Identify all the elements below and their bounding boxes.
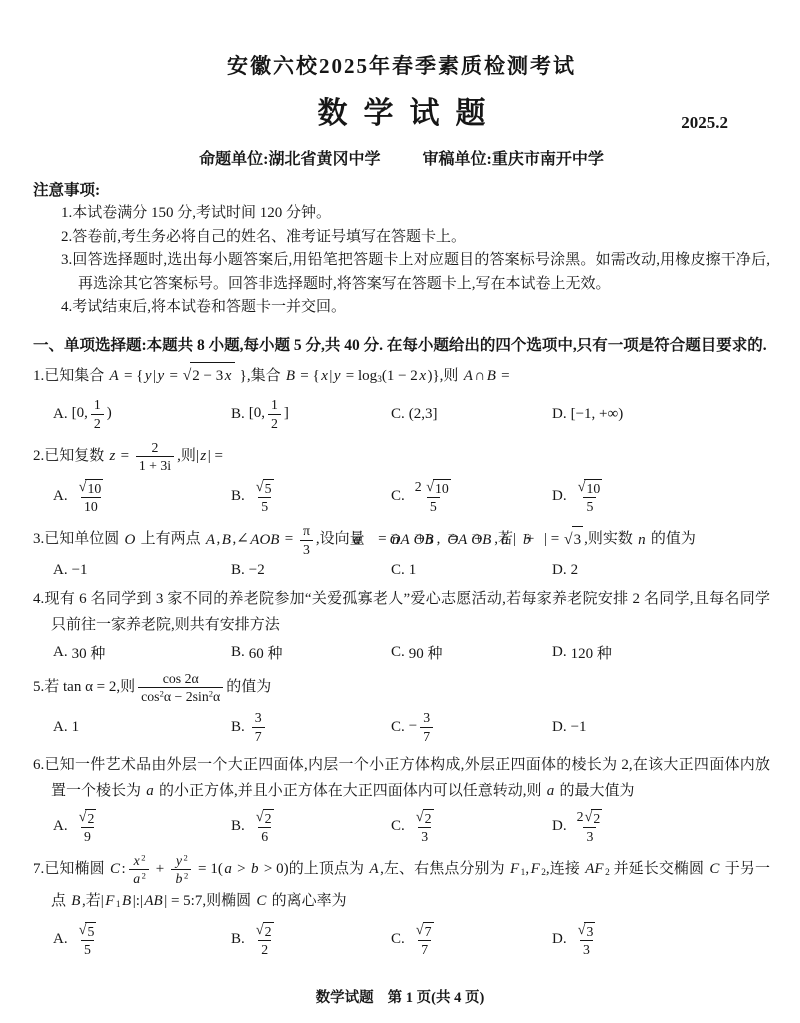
option-content: √29 <box>72 808 104 845</box>
option-label: C. <box>391 719 405 736</box>
fraction-numerator: x2 <box>129 852 148 869</box>
option-C: C.√77 <box>391 921 552 958</box>
math-text: 1 + 3i <box>139 458 171 473</box>
fraction: π3 <box>300 522 313 557</box>
math-text: + <box>152 861 168 877</box>
sqrt-radical: √10 <box>79 479 104 497</box>
option-content: √22 <box>249 921 281 958</box>
options-row: A.√55B.√22C.√77D.√33 <box>33 921 770 958</box>
fraction: √22 <box>252 921 278 958</box>
option-B: B.√22 <box>231 921 391 958</box>
fraction-denominator: 3 <box>300 540 313 558</box>
option-A: A.1 <box>53 719 231 736</box>
option-C: C.(2,3] <box>391 406 552 423</box>
math-text: 2.已知复数 <box>33 448 108 464</box>
math-text: cos <box>141 689 159 704</box>
radicand: 5 <box>85 922 96 940</box>
fraction-numerator: √2 <box>412 808 438 827</box>
math-text: 2 <box>593 811 600 826</box>
option-content: 2√23 <box>571 808 610 845</box>
footer-paper-title: 数学试题 <box>316 990 374 1006</box>
radicand: 5 <box>263 479 274 497</box>
setter-org: 命题单位:湖北省黄冈中学 <box>199 151 380 168</box>
math-text: 并延长交椭圆 <box>610 861 708 877</box>
option-D: D.√105 <box>552 478 770 515</box>
sqrt-radical: √2 <box>79 809 97 827</box>
math-variable: x <box>320 368 330 384</box>
fraction-numerator: √3 <box>574 921 600 940</box>
option-B: B.√26 <box>231 808 391 845</box>
option-content: [0,12) <box>72 396 112 431</box>
math-text: −2 <box>249 562 265 578</box>
option-label: D. <box>552 644 567 661</box>
sqrt-radical: √2 <box>256 922 274 940</box>
fraction-denominator: 1 + 3i <box>136 456 174 474</box>
math-text: 10 <box>435 481 449 496</box>
options-row: A.30 种B.60 种C.90 种D.120 种 <box>33 642 770 663</box>
option-label: D. <box>552 719 567 736</box>
question-text: 3.已知单位圆 O 上有两点 A,B,∠AOB = π3,设向量 a = n O… <box>33 522 770 557</box>
question-text: 7.已知椭圆 C:x2a2 + y2b2 = 1(a > b > 0)的上顶点为… <box>33 852 770 917</box>
math-text: },集合 <box>236 368 284 384</box>
math-text: 1.已知集合 <box>33 368 108 384</box>
fraction: √105 <box>574 478 607 515</box>
math-variable: A <box>108 368 120 384</box>
option-label: D. <box>552 488 567 505</box>
vector-arrow: OB <box>488 527 492 553</box>
option-label: C. <box>391 931 405 948</box>
fraction-numerator: √10 <box>574 478 607 497</box>
math-text: ] <box>284 406 289 422</box>
radicand: 2 <box>85 809 96 827</box>
math-variable: B <box>284 368 296 384</box>
math-variable: F <box>104 893 116 909</box>
math-variable: z <box>199 448 208 464</box>
math-text: 3.已知单位圆 <box>33 532 123 548</box>
math-text: 7 <box>423 729 430 744</box>
math-text: [−1, +∞) <box>571 406 624 422</box>
fraction-numerator: √10 <box>75 478 108 497</box>
fraction-denominator: 2 <box>258 940 271 958</box>
fraction-numerator: √2 <box>252 921 278 940</box>
options-row: A.√1010B.√55C.2 √105D.√105 <box>33 478 770 515</box>
options-row: A.−1B.−2C.1D.2 <box>33 562 770 579</box>
math-text: 9 <box>84 829 91 844</box>
math-text: | = 5:7,则椭圆 <box>164 893 255 909</box>
math-text: , <box>437 532 441 548</box>
math-variable: B <box>70 893 82 909</box>
fraction-denominator: 5 <box>258 497 271 515</box>
math-text: ∩ <box>474 368 485 384</box>
math-text: (2,3] <box>409 406 438 422</box>
radicand: 2 <box>263 922 274 940</box>
question-5: 5.若 tan α = 2,则cos 2αcos2α − 2sin2α的值为A.… <box>33 670 770 745</box>
fraction-numerator: √2 <box>252 808 278 827</box>
math-text: 1 <box>409 562 417 578</box>
math-text: 3 <box>421 829 428 844</box>
question-6: 6.已知一件艺术品由外层一个大正四面体,内层一个小正方体构成,外层正四面体的棱长… <box>33 752 770 845</box>
math-text: −1 <box>571 719 587 735</box>
fraction: x2a2 <box>129 852 149 887</box>
math-text: 2 <box>571 562 579 578</box>
footer-page-number: 第 1 页(共 4 页) <box>388 990 485 1006</box>
option-C: C.−37 <box>391 709 552 744</box>
sqrt-radical: √5 <box>79 922 97 940</box>
option-content: 90 种 <box>409 642 443 663</box>
math-text: cos 2α <box>163 671 199 686</box>
math-text: 90 种 <box>409 646 443 662</box>
page-footer: 数学试题第 1 页(共 4 页) <box>0 986 800 1007</box>
note-item-3: 3.回答选择题时,选出每小题答案后,用铅笔把答题卡上对应题目的答案标号涂黑。如需… <box>61 249 770 296</box>
fraction-denominator: 7 <box>252 727 265 745</box>
option-label: B. <box>231 488 245 505</box>
math-text: 3 <box>586 829 593 844</box>
option-label: D. <box>552 818 567 835</box>
option-label: A. <box>53 488 68 505</box>
option-content: 60 种 <box>249 642 283 663</box>
option-A: A.30 种 <box>53 642 231 663</box>
fraction-numerator: √7 <box>412 921 438 940</box>
superscript: 2 <box>184 852 188 862</box>
math-text: 5 <box>261 499 268 514</box>
math-text: 60 种 <box>249 646 283 662</box>
fraction: 21 + 3i <box>136 439 174 474</box>
option-D: D.2√23 <box>552 808 770 845</box>
superscript: 2 <box>142 871 146 881</box>
math-text: )},则 <box>427 368 462 384</box>
option-label: B. <box>231 719 245 736</box>
option-C: C.90 种 <box>391 642 552 663</box>
radicand: 2 <box>423 809 434 827</box>
vector-arrow: OA <box>407 527 411 553</box>
math-variable: A <box>204 532 216 548</box>
option-label: B. <box>231 644 245 661</box>
fraction-numerator: √5 <box>75 921 101 940</box>
math-text: = <box>374 532 390 548</box>
math-variable: B <box>121 893 133 909</box>
option-label: A. <box>53 406 68 423</box>
option-content: √26 <box>249 808 281 845</box>
math-text: 10 <box>586 481 600 496</box>
math-text: = { <box>297 368 320 384</box>
question-text: 4.现有 6 名同学到 3 家不同的养老院参加“关爱孤寡老人”爱心志愿活动,若每… <box>33 586 770 638</box>
math-variable: b <box>249 861 260 877</box>
math-text: 3 <box>586 924 593 939</box>
math-text: 2 <box>577 809 584 824</box>
vector-arrow: b <box>442 527 444 553</box>
sqrt-radical: √2 <box>416 809 434 827</box>
math-text: [0, <box>249 406 265 422</box>
fraction-numerator: π <box>300 522 313 539</box>
vector-arrow: a <box>518 527 520 553</box>
notes-heading: 注意事项: <box>33 178 770 200</box>
math-text: 2 <box>265 811 272 826</box>
math-variable: AOB <box>249 532 281 548</box>
math-text: 4.现有 6 名同学到 3 家不同的养老院参加“关爱孤寡老人”爱心志愿活动,若每… <box>33 591 770 633</box>
math-text: 10 <box>87 481 101 496</box>
options-row: A.√29B.√26C.√23D.2√23 <box>33 808 770 845</box>
question-7: 7.已知椭圆 C:x2a2 + y2b2 = 1(a > b > 0)的上顶点为… <box>33 852 770 959</box>
math-text: ,∠ <box>232 532 248 548</box>
fraction-numerator: 2 <box>149 439 162 456</box>
fraction: √26 <box>252 808 278 845</box>
math-text: = { <box>120 368 143 384</box>
option-D: D.−1 <box>552 719 770 736</box>
fraction-denominator: a2 <box>129 869 149 887</box>
fraction-numerator: cos 2α <box>160 670 202 687</box>
math-variable: A <box>368 861 380 877</box>
math-text: [0, <box>72 406 88 422</box>
math-text: 120 种 <box>571 646 612 662</box>
math-variable: a <box>545 783 556 799</box>
math-variable: y <box>156 368 166 384</box>
fraction: 12 <box>268 396 281 431</box>
vector-arrow: b <box>540 527 542 553</box>
option-D: D.[−1, +∞) <box>552 406 770 423</box>
math-text: = <box>281 532 297 548</box>
math-text: 3 <box>303 542 310 557</box>
options-row: A.1B.37C.−37D.−1 <box>33 709 770 744</box>
note-item-1: 1.本试卷满分 150 分,考试时间 120 分钟。 <box>61 202 770 226</box>
fraction-denominator: 5 <box>583 497 596 515</box>
math-text: 7 <box>255 729 262 744</box>
fraction-denominator: b2 <box>171 869 191 887</box>
math-text: 1 <box>94 397 101 412</box>
math-text: = <box>497 368 509 384</box>
fraction: √77 <box>412 921 438 958</box>
fraction: y2b2 <box>171 852 191 887</box>
option-B: B.60 种 <box>231 642 391 663</box>
math-variable: a <box>145 783 156 799</box>
exam-session-title: 安徽六校2025年春季素质检测考试 <box>33 50 770 80</box>
math-text: 5 <box>84 942 91 957</box>
option-label: A. <box>53 644 68 661</box>
math-variable: O <box>123 532 137 548</box>
radicand: 3 <box>584 922 595 940</box>
section-heading: 一、单项选择题:本题共 8 小题,每小题 5 分,共 40 分. 在每小题给出的… <box>33 334 770 358</box>
math-text: ,则实数 <box>584 532 637 548</box>
math-variable: y <box>332 368 342 384</box>
math-text: 7 <box>425 924 432 939</box>
option-label: B. <box>231 406 245 423</box>
fraction-denominator: 3 <box>580 940 593 958</box>
option-content: 2 <box>571 562 579 579</box>
question-text: 2.已知复数 z = 21 + 3i,则|z| = <box>33 439 770 474</box>
fraction: √1010 <box>75 478 108 515</box>
radicand: 2 <box>263 809 274 827</box>
option-B: B.[0,12] <box>231 396 391 431</box>
sqrt-radical: √7 <box>416 922 434 940</box>
vector-arrow: a <box>370 527 372 553</box>
math-variable: C <box>255 893 268 909</box>
fraction-denominator: 5 <box>427 497 440 515</box>
fraction-denominator: 7 <box>420 727 433 745</box>
math-text: 的值为 <box>226 679 271 695</box>
math-text: = log <box>342 368 377 384</box>
radicand: 7 <box>423 922 434 940</box>
fraction: 2√23 <box>574 808 607 845</box>
option-D: D.√33 <box>552 921 770 958</box>
math-text: 7.已知椭圆 <box>33 861 109 877</box>
reviewer-org: 审稿单位:重庆市南开中学 <box>423 151 604 168</box>
math-variable: C <box>708 861 721 877</box>
option-content: 30 种 <box>72 642 106 663</box>
question-text: 1.已知集合 A = {y|y = √2 − 3x },集合 B = {x|y … <box>33 362 770 393</box>
math-text: 5 <box>87 924 94 939</box>
option-C: C.1 <box>391 562 552 579</box>
fraction: √23 <box>412 808 438 845</box>
math-text: 2 <box>152 440 159 455</box>
math-text: 1 <box>72 719 80 735</box>
fraction: √55 <box>252 478 278 515</box>
fraction: √29 <box>75 808 101 845</box>
fraction-denominator: cos2α − 2sin2α <box>138 687 223 705</box>
math-text: ,连接 <box>546 861 584 877</box>
math-text: = 1( <box>194 861 223 877</box>
question-4: 4.现有 6 名同学到 3 家不同的养老院参加“关爱孤寡老人”爱心志愿活动,若每… <box>33 586 770 663</box>
math-text: ,则| <box>177 448 199 464</box>
question-2: 2.已知复数 z = 21 + 3i,则|z| =A.√1010B.√55C.2… <box>33 439 770 516</box>
option-B: B.37 <box>231 709 391 744</box>
option-content: √105 <box>571 478 610 515</box>
question-text: 6.已知一件艺术品由外层一个大正四面体,内层一个小正方体构成,外层正四面体的棱长… <box>33 752 770 804</box>
option-D: D.2 <box>552 562 770 579</box>
math-text: | = <box>208 448 223 464</box>
note-item-2: 2.答卷前,考生务必将自己的姓名、准考证号填写在答题卡上。 <box>61 226 770 250</box>
fraction-denominator: 9 <box>81 827 94 845</box>
math-text: 7 <box>421 942 428 957</box>
option-content: −37 <box>409 709 436 744</box>
math-text: 5 <box>586 499 593 514</box>
option-content: −1 <box>571 719 587 736</box>
sqrt-radical: √3 <box>578 922 596 940</box>
math-text: 的离心率为 <box>268 893 347 909</box>
math-text: 30 种 <box>72 646 106 662</box>
sqrt-radical: √2 <box>585 809 603 827</box>
math-variable: b <box>174 871 184 886</box>
radicand: 3 <box>572 526 584 553</box>
math-text: > 0)的上顶点为 <box>260 861 368 877</box>
math-variable: z <box>108 448 117 464</box>
math-text: 2 <box>425 811 432 826</box>
radicand: 10 <box>433 479 451 497</box>
option-content: −1 <box>72 562 88 579</box>
math-text: > <box>233 861 249 877</box>
fraction-numerator: 1 <box>268 396 281 413</box>
option-label: D. <box>552 931 567 948</box>
questions-container: 1.已知集合 A = {y|y = √2 − 3x },集合 B = {x|y … <box>33 362 770 959</box>
option-content: √55 <box>249 478 281 515</box>
math-text: ,左、右焦点分别为 <box>380 861 508 877</box>
fraction: √33 <box>574 921 600 958</box>
fraction-numerator: 3 <box>420 709 433 726</box>
math-text: 2 <box>261 942 268 957</box>
options-row: A.[0,12)B.[0,12]C.(2,3]D.[−1, +∞) <box>33 396 770 431</box>
option-content: √23 <box>409 808 441 845</box>
math-variable: C <box>109 861 122 877</box>
option-label: B. <box>231 931 245 948</box>
math-text: ) <box>107 406 112 422</box>
math-text: | = <box>544 532 563 548</box>
fraction: 37 <box>252 709 265 744</box>
option-label: C. <box>391 406 405 423</box>
option-content: 2 √105 <box>409 478 458 515</box>
math-text: 5 <box>430 499 437 514</box>
option-A: A.√29 <box>53 808 231 845</box>
fraction-denominator: 3 <box>418 827 431 845</box>
fraction-denominator: 2 <box>268 414 281 432</box>
option-content: √1010 <box>72 478 111 515</box>
option-C: C.2 √105 <box>391 478 552 515</box>
math-text: ,若| <box>82 893 104 909</box>
sqrt-radical: √2 − 3x <box>183 362 235 389</box>
math-text: 2 <box>265 924 272 939</box>
math-text: 的小正方体,并且小正方体在大正四面体内可以任意转动,则 <box>155 783 545 799</box>
exam-page: 安徽六校2025年春季素质检测考试 数学试题 2025.2 命题单位:湖北省黄冈… <box>0 0 800 1023</box>
fraction-numerator: 2√2 <box>574 808 607 827</box>
math-text: 2 − 3 <box>192 368 223 384</box>
option-content: 37 <box>249 709 268 744</box>
math-text: 3 <box>255 710 262 725</box>
math-variable: a <box>132 871 142 886</box>
option-content: 1 <box>72 719 80 736</box>
option-label: A. <box>53 562 68 579</box>
fraction-denominator: 10 <box>81 497 101 515</box>
radicand: 2 <box>591 809 602 827</box>
paper-title: 数学试题 <box>302 97 502 130</box>
option-content: √55 <box>72 921 104 958</box>
math-text: π <box>303 523 310 538</box>
fraction-numerator: y2 <box>171 852 190 869</box>
option-label: D. <box>552 562 567 579</box>
radicand: 2 − 3x <box>190 362 235 389</box>
radicand: 10 <box>584 479 602 497</box>
math-text: : <box>122 861 126 877</box>
math-text: 3 <box>583 942 590 957</box>
option-label: C. <box>391 562 405 579</box>
math-text: 5 <box>265 481 272 496</box>
math-text: 2 <box>87 811 94 826</box>
subscript: 1 <box>116 899 121 909</box>
option-A: A.−1 <box>53 562 231 579</box>
option-label: D. <box>552 406 567 423</box>
fraction-numerator: √2 <box>75 808 101 827</box>
math-text: = <box>166 368 182 384</box>
option-A: A.√55 <box>53 921 231 958</box>
math-variable: B <box>220 532 232 548</box>
option-A: A.√1010 <box>53 478 231 515</box>
math-text: |:| <box>133 893 143 909</box>
math-variable: A <box>462 368 474 384</box>
superscript: 2 <box>141 852 145 862</box>
math-variable: x <box>132 853 141 868</box>
math-variable: AF <box>584 861 605 877</box>
option-label: B. <box>231 818 245 835</box>
paper-date: 2025.2 <box>681 113 728 133</box>
fraction-denominator: 5 <box>81 940 94 958</box>
fraction-denominator: 6 <box>258 827 271 845</box>
question-1: 1.已知集合 A = {y|y = √2 − 3x },集合 B = {x|y … <box>33 362 770 432</box>
fraction: √55 <box>75 921 101 958</box>
paper-title-row: 数学试题 2025.2 <box>33 92 770 136</box>
option-content: 1 <box>409 562 417 579</box>
option-label: C. <box>391 644 405 661</box>
option-label: A. <box>53 931 68 948</box>
option-content: (2,3] <box>409 406 438 423</box>
option-label: A. <box>53 818 68 835</box>
math-text: 3 <box>574 532 582 548</box>
question-3: 3.已知单位圆 O 上有两点 A,B,∠AOB = π3,设向量 a = n O… <box>33 522 770 578</box>
